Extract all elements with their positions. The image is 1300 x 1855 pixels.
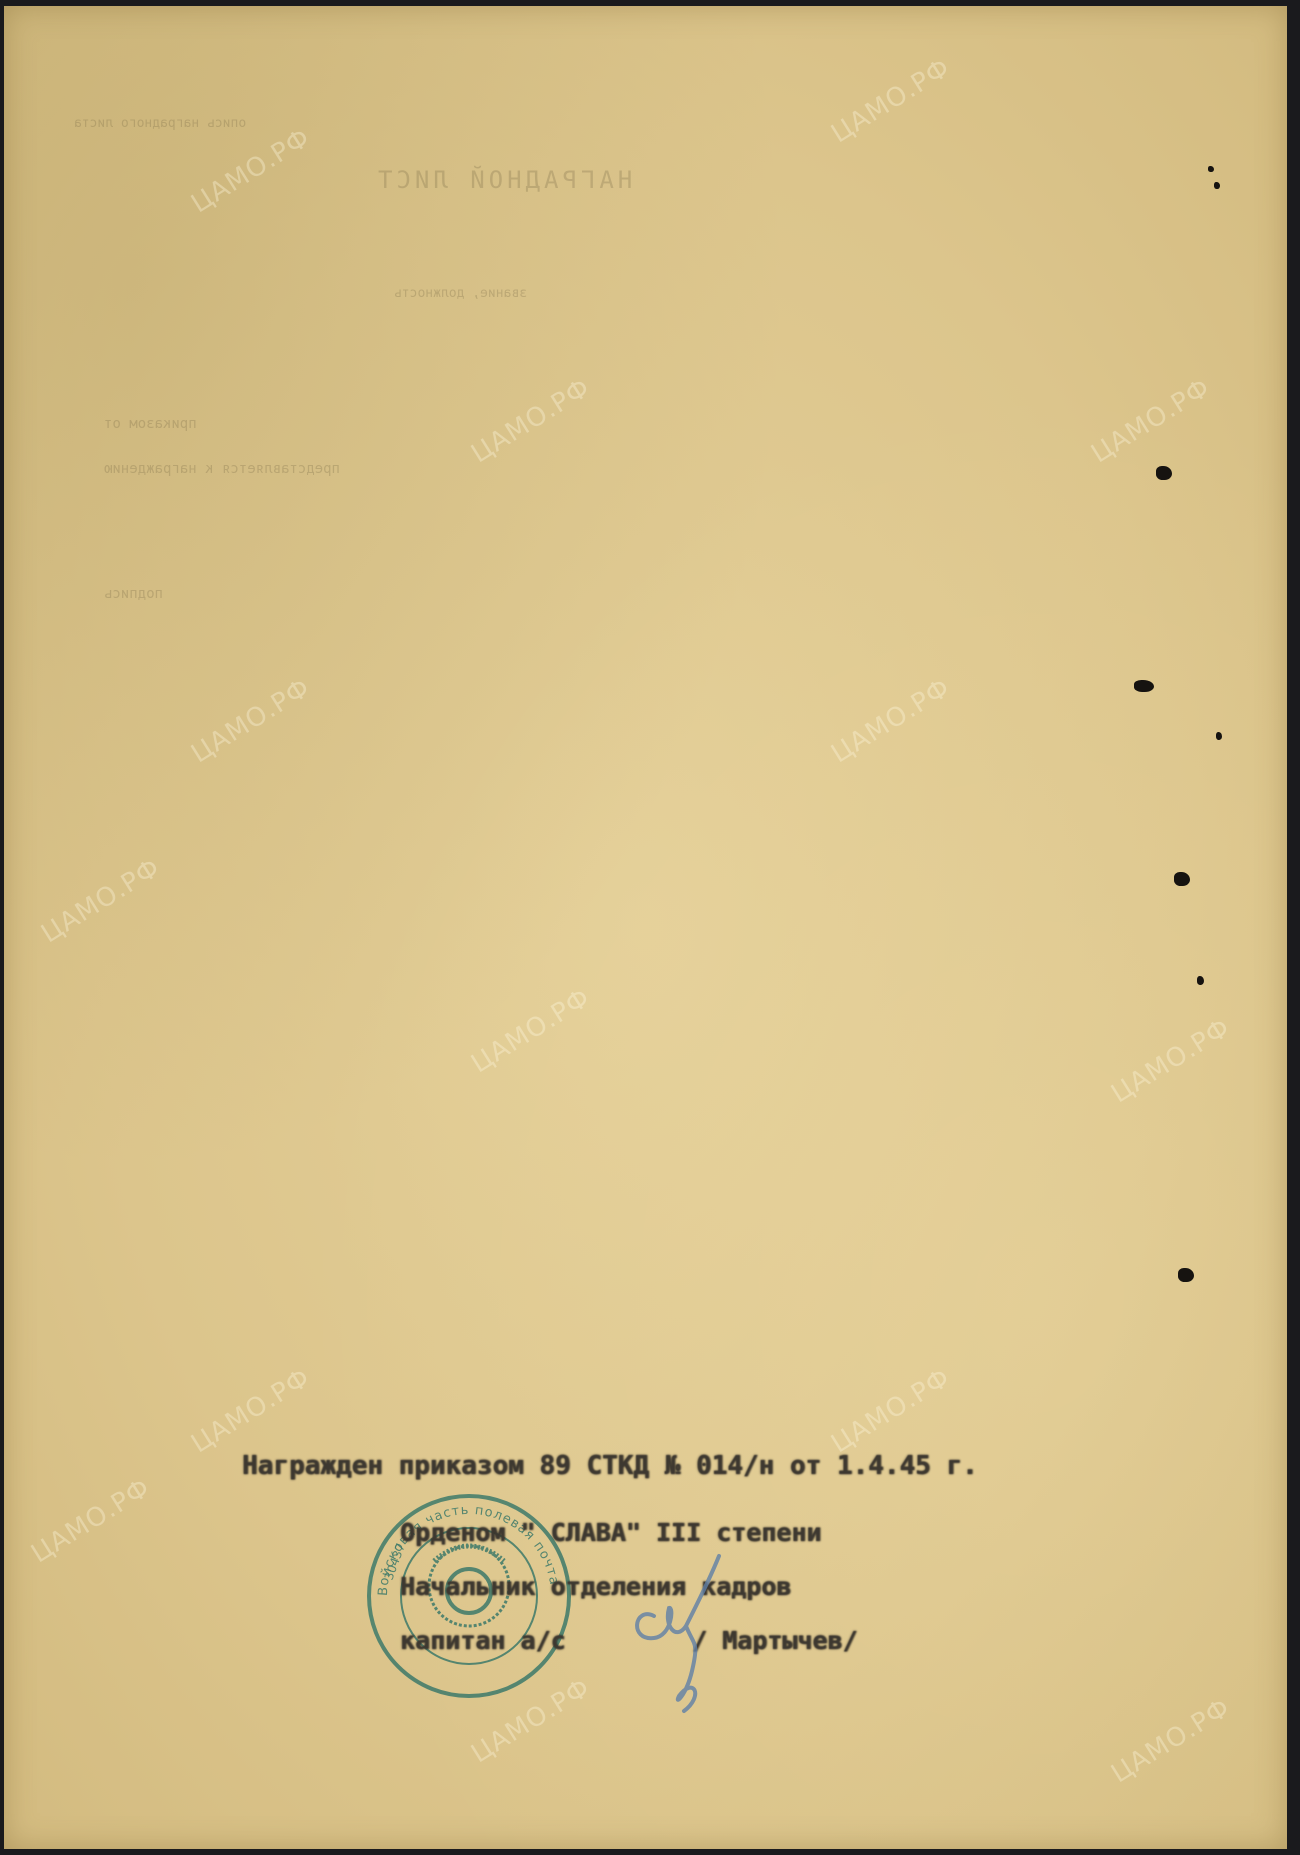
- bleed-through-text: подпись: [104, 586, 163, 602]
- watermark-text: ЦАМО.РФ: [186, 673, 316, 770]
- punch-hole: [1134, 680, 1154, 692]
- bleed-through-text: звание, должность: [394, 286, 527, 301]
- bleed-through-title: НАГРАДНОЙ ЛИСТ: [374, 166, 632, 194]
- watermark-text: ЦАМО.РФ: [826, 1363, 956, 1460]
- watermark-text: ЦАМО.РФ: [186, 123, 316, 220]
- award-name-line: Орденом " СЛАВА" III степени: [400, 1518, 821, 1547]
- bleed-through-text: представляется к награждению: [104, 461, 340, 477]
- punch-hole: [1156, 466, 1172, 480]
- punch-hole: [1197, 976, 1204, 985]
- signer-rank-line: капитан а/с: [400, 1626, 566, 1655]
- watermark-text: ЦАМО.РФ: [186, 1363, 316, 1460]
- watermark-text: ЦАМО.РФ: [466, 983, 596, 1080]
- punch-hole: [1214, 182, 1220, 189]
- bleed-through-text: опись наградного листа: [74, 116, 246, 131]
- award-order-line: Награжден приказом 89 СТКД № 014/н от 1.…: [242, 1451, 978, 1481]
- punch-hole: [1208, 166, 1214, 172]
- punch-hole: [1174, 872, 1190, 886]
- punch-hole: [1216, 732, 1222, 740]
- handwritten-signature: [624, 1546, 784, 1716]
- punch-hole: [1178, 1268, 1194, 1282]
- watermark-text: ЦАМО.РФ: [1106, 1013, 1236, 1110]
- watermark-text: ЦАМО.РФ: [1086, 373, 1216, 470]
- watermark-text: ЦАМО.РФ: [26, 1473, 156, 1570]
- document-page: опись наградного листа НАГРАДНОЙ ЛИСТ зв…: [4, 6, 1287, 1849]
- watermark-text: ЦАМО.РФ: [36, 853, 166, 950]
- watermark-text: ЦАМО.РФ: [1106, 1693, 1236, 1790]
- watermark-text: ЦАМО.РФ: [826, 673, 956, 770]
- watermark-text: ЦАМО.РФ: [826, 53, 956, 150]
- bleed-through-text: приказом от: [104, 416, 197, 432]
- watermark-text: ЦАМО.РФ: [466, 373, 596, 470]
